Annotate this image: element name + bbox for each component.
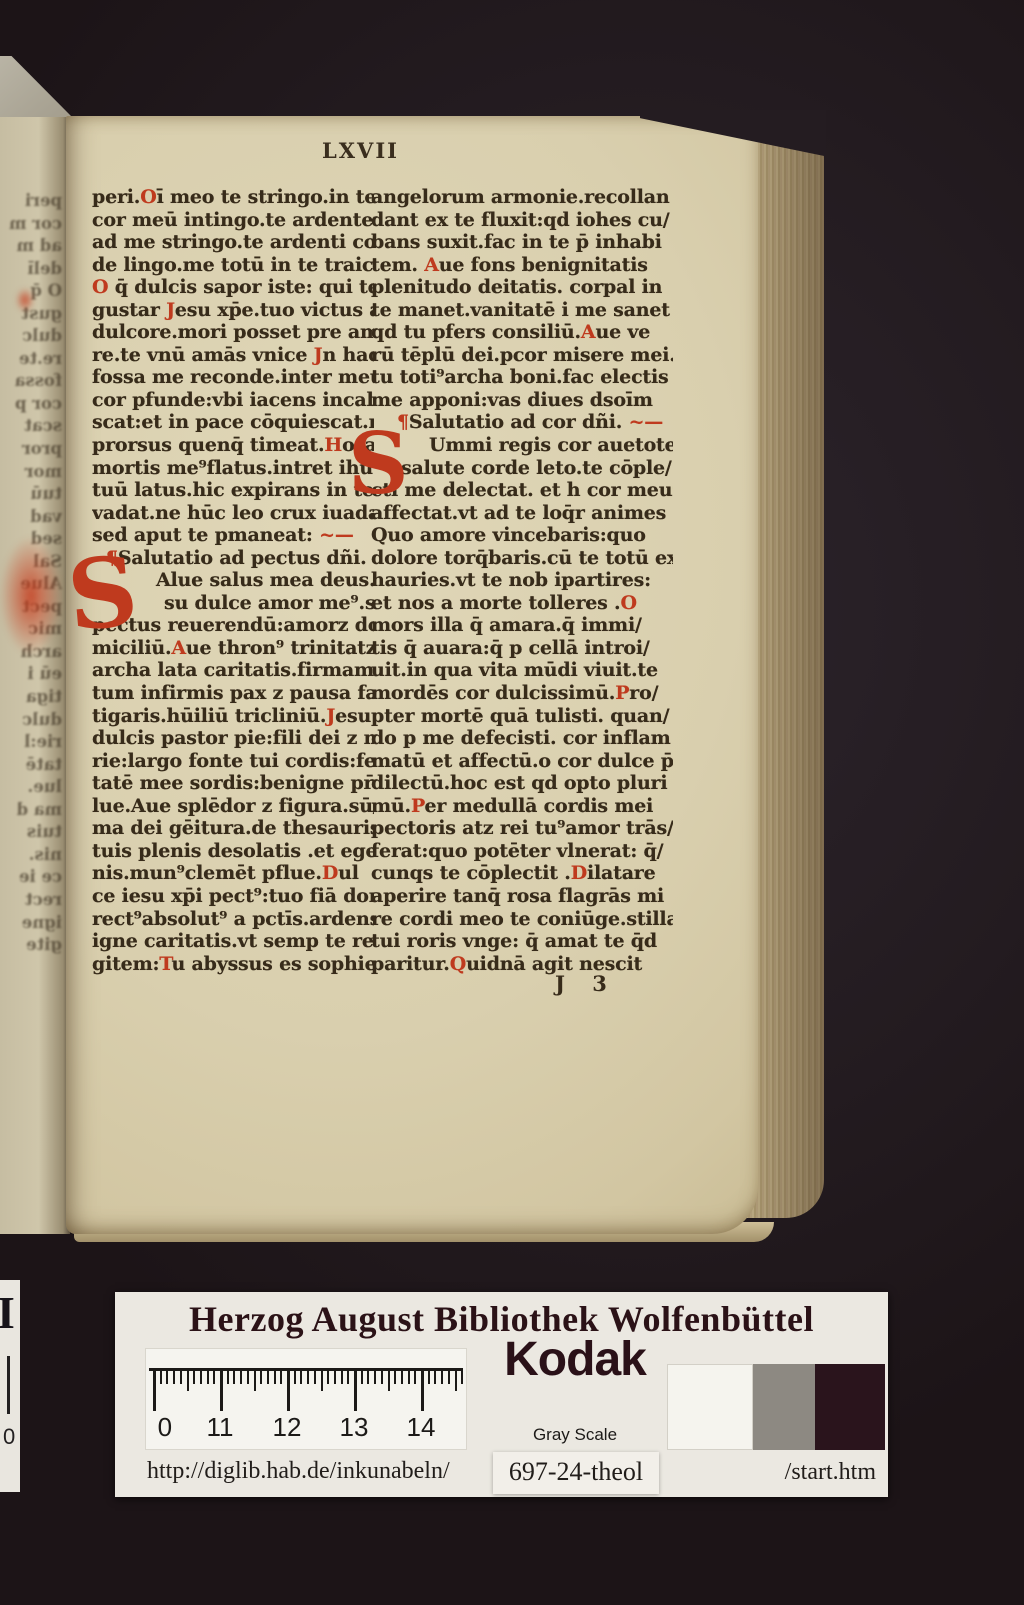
facing-page-rubric-mark: [16, 288, 34, 312]
text-line: uit.in qua vita mūdi viuit.te: [371, 659, 673, 682]
grayscale-caption: Gray Scale: [495, 1426, 655, 1443]
rubricated-letter: Q: [450, 953, 466, 975]
text-line: rie:largo fonte tui cordis:fedi: [92, 750, 374, 773]
text-line: paritur.Quidnā agit nescit: [371, 953, 673, 976]
text-line: mors illa q̄ amara.q̄ immi/: [371, 614, 673, 637]
ruler-tick: [434, 1371, 436, 1384]
text-line: lue.Aue splēdor z figura.sū/: [92, 795, 374, 818]
text-line: rect⁹absolut⁹ a pctīs.ardens: [92, 908, 374, 931]
text-line: sed aput te pmaneat: ~—: [92, 524, 374, 547]
text-line: tuū latus.hic expirans in te: [92, 479, 374, 502]
text-line: ferat:quo potēter vlnerat: q̄/: [371, 840, 673, 863]
text-line: matū et affectū.o cor dulce p̄: [371, 750, 673, 773]
ruler-tick: [414, 1371, 416, 1384]
text-line: gustar Jesu xp̄e.tuo victus a: [92, 299, 374, 322]
digitized-book-photo: pericor mad mdelīO q̄gustdulcre.tefossac…: [0, 0, 1024, 1605]
ghost-text-line: gite: [0, 934, 62, 957]
text-line: aperire tanq̄ rosa flagrās mi: [371, 885, 673, 908]
ruler-tick: [441, 1371, 443, 1384]
ruler-tick: [227, 1371, 229, 1384]
ghost-text-line: mor: [0, 461, 62, 484]
text-line: pter mortē quā tulisti. quan/: [371, 705, 673, 728]
grayscale-patch: [815, 1364, 885, 1450]
ruler-tick: [287, 1371, 290, 1411]
text-line: cor pfunde:vbi iacens incale: [92, 389, 374, 412]
url-base: http://diglib.hab.de/inkunabeln/: [147, 1458, 450, 1484]
ruler-number: 14: [407, 1414, 436, 1440]
ruler-tick: [267, 1371, 269, 1384]
film-clip-corner: [0, 56, 72, 117]
text-line: Ummi regis cor auetote: [371, 434, 673, 457]
ruler-tick: [408, 1371, 410, 1384]
ruler-tick: [160, 1371, 162, 1384]
text-line: igne caritatis.vt semp te reco: [92, 930, 374, 953]
ruler-tick: [461, 1371, 463, 1384]
ruler-number: 13: [340, 1414, 369, 1440]
ruler-tick: [374, 1371, 376, 1384]
url-page: /start.htm: [785, 1460, 876, 1484]
text-line: plenitudo deitatis. corpal in: [371, 276, 673, 299]
ruler-tick: [455, 1371, 457, 1391]
text-line: tem. Aue fons benignitatis: [371, 254, 673, 277]
ruler-tick: [448, 1371, 450, 1384]
ghost-text-line: fossa: [0, 370, 62, 393]
text-line: et nos a morte tolleres .O: [371, 592, 673, 615]
text-line: O q̄ dulcis sapor iste: qui te: [92, 276, 374, 299]
ghost-text-line: tatē: [0, 754, 62, 777]
ruler-card: 011121314: [145, 1348, 467, 1450]
folio-number: LXVII: [322, 140, 399, 161]
shelfmark-label: 697-24-theol: [493, 1452, 659, 1494]
ruler-tick: [347, 1371, 349, 1384]
rubricated-letter: J: [166, 299, 175, 321]
grayscale-patches: [667, 1364, 885, 1450]
ghost-text-line: peri: [0, 190, 62, 213]
ghost-text-line: re.te: [0, 348, 62, 371]
ruler-tick: [354, 1371, 357, 1411]
ghost-text-line: nis.: [0, 844, 62, 867]
ghost-text-line: delī: [0, 258, 62, 281]
ruler-tick: [394, 1371, 396, 1384]
ruler-tick: [300, 1371, 302, 1384]
ghost-text-line: lue.: [0, 776, 62, 799]
signature-mark: J 3: [555, 973, 607, 994]
ruler-tick: [307, 1371, 309, 1384]
ruler-tick: [233, 1371, 235, 1384]
fragment-number: 0: [3, 1426, 15, 1448]
text-line: fossa me reconde.inter meuz: [92, 366, 374, 389]
fragment-letter: I: [0, 1290, 20, 1336]
ruler-tick: [166, 1371, 168, 1384]
ruler-number: 12: [273, 1414, 302, 1440]
ruler-tick: [327, 1371, 329, 1384]
ghost-text-line: scat: [0, 415, 62, 438]
text-line: tatē mee sordis:benigne pr̄ di: [92, 772, 374, 795]
rubricated-letter: J: [326, 705, 335, 727]
ghost-text-line: tiga: [0, 686, 62, 709]
ruler-tick: [153, 1371, 156, 1411]
ghost-text-line: ad m: [0, 235, 62, 258]
library-title: Herzog August Bibliothek Wolfenbüttel: [115, 1299, 888, 1340]
text-line: cor meū intingo.te ardenter: [92, 209, 374, 232]
ruler-tick: [207, 1371, 209, 1384]
text-line: tum infirmis pax z pausa fa: [92, 682, 374, 705]
ruler-tick: [220, 1371, 223, 1411]
grayscale-patch: [667, 1364, 753, 1450]
fragment-ruler: [7, 1356, 10, 1414]
rubricated-letter: D: [571, 862, 587, 884]
ruler-tick: [381, 1371, 383, 1384]
text-line: nis.mun⁹clemēt pflue.Dul: [92, 862, 374, 885]
text-line: ce iesu xp̄i pect⁹:tuo fiā dono: [92, 885, 374, 908]
text-line: bans suxit.fac in te p̄ inhabi: [371, 231, 673, 254]
ghost-text-line: rie:l: [0, 731, 62, 754]
ruler-tick: [280, 1371, 282, 1384]
ruler-tick: [321, 1371, 323, 1391]
left-label-fragment: I 0: [0, 1280, 20, 1492]
ghost-text-line: tuū: [0, 483, 62, 506]
ghost-text-line: igne: [0, 912, 62, 935]
rubricated-letter: J: [314, 344, 323, 366]
text-line: ma dei gēitura.de thesauris: [92, 817, 374, 840]
ruler-tick: [388, 1371, 390, 1391]
ruler-tick: [187, 1371, 189, 1391]
ruler-tick: [421, 1371, 424, 1411]
rubricated-letter: D: [322, 862, 338, 884]
text-line: pectoris atz rei tu⁹amor trās/: [371, 817, 673, 840]
rubricated-letter: A: [581, 321, 596, 343]
ruler-tick: [401, 1371, 403, 1384]
text-line: peri.Oī meo te stringo.in te: [92, 186, 374, 209]
text-line: tu toti⁹archa boni.fac electis: [371, 366, 673, 389]
ruler-tick: [428, 1371, 430, 1384]
facing-page-rubric-initial: [0, 536, 62, 656]
rubricated-letter: O: [140, 186, 156, 208]
text-line: tis q̄ auara:q̄ p cellā introi/: [371, 637, 673, 660]
text-line: gitem:Tu abyssus es sophie: [92, 953, 374, 976]
text-line: prorsus quenq̄ timeat.Hora: [92, 434, 374, 457]
ruler-tick: [240, 1371, 242, 1384]
grayscale-patch: [753, 1364, 815, 1450]
text-line: cunqs te cōplectit .Dilatare: [371, 862, 673, 885]
ghost-text-line: eū i: [0, 663, 62, 686]
text-line: qd tu pfers consiliū.Aue ve: [371, 321, 673, 344]
ruler-numbers: 011121314: [153, 1414, 463, 1444]
text-line: Quo amore vincebaris:quo: [371, 524, 673, 547]
ruler-tick: [180, 1371, 182, 1384]
text-line: vadat.ne hūc leo crux iuadat: [92, 502, 374, 525]
rubricated-letter: ~—: [319, 524, 354, 546]
rubricated-letter: ~—: [629, 411, 664, 433]
text-line: dolore torq̄baris.cū te totū ex/: [371, 547, 673, 570]
text-line: cti me delectat. et h cor meuz: [371, 479, 673, 502]
ghost-text-line: cor p: [0, 393, 62, 416]
rubric-initial-left: S: [64, 543, 141, 645]
ghost-text-line: tuis: [0, 821, 62, 844]
ruler-tick: [294, 1371, 296, 1384]
ruler-tick: [334, 1371, 336, 1384]
text-line: angelorum armonie.recollan: [371, 186, 673, 209]
ruler-number: 11: [207, 1414, 234, 1440]
ghost-text-line: pror: [0, 438, 62, 461]
ruler-tick: [260, 1371, 262, 1384]
text-line: te manet.vanitatē i me sanet: [371, 299, 673, 322]
text-line: mū.Per medullā cordis mei: [371, 795, 673, 818]
ghost-text-line: ma d: [0, 799, 62, 822]
text-line: dulcis pastor pie:fili dei z ma: [92, 727, 374, 750]
ruler-tick: [361, 1371, 363, 1384]
text-line: mordēs cor dulcissimū.Pro/: [371, 682, 673, 705]
ruler-number: 0: [158, 1414, 172, 1440]
text-line: dulcore.mori posset pre amo/: [92, 321, 374, 344]
text-line: scat:et in pace cōquiescat.nec: [92, 411, 374, 434]
facing-page-edge: pericor mad mdelīO q̄gustdulcre.tefossac…: [0, 116, 70, 1234]
ruler-tick: [367, 1371, 369, 1384]
rubricated-letter: T: [159, 953, 171, 975]
kodak-wordmark: Kodak: [475, 1336, 675, 1384]
ghost-text-line: cor m: [0, 213, 62, 236]
text-line: me apponi:vas diues dsoīm: [371, 389, 673, 412]
ruler-tick: [247, 1371, 249, 1384]
ghost-text-line: vad: [0, 506, 62, 529]
rubricated-letter: A: [171, 637, 186, 659]
text-line: dilectū.hoc est qd opto pluri: [371, 772, 673, 795]
text-line: dant ex te fluxit:qd iohes cu/: [371, 209, 673, 232]
rubricated-letter: P: [615, 682, 629, 704]
ruler-tick: [193, 1371, 195, 1384]
text-line: de lingo.me totū in te traice:: [92, 254, 374, 277]
ruler-tick: [173, 1371, 175, 1384]
text-line: ¶Salutatio ad cor dñi. ~—: [371, 411, 673, 434]
ruler-tick: [314, 1371, 316, 1384]
book-page: LXVII peri.Oī meo te stringo.in tecor me…: [66, 116, 758, 1234]
ghost-text-line: rect: [0, 889, 62, 912]
rubricated-letter: P: [411, 795, 425, 817]
ghost-text-line: ce ie: [0, 866, 62, 889]
ruler-tick: [254, 1371, 256, 1391]
text-line: re.te vnū amās vnice Jn hac: [92, 344, 374, 367]
rubricated-letter: H: [324, 434, 342, 456]
text-line: rū tēplū dei.pcor misere mei.: [371, 344, 673, 367]
text-line: re cordi meo te coniūge.stilla: [371, 908, 673, 931]
ruler-tick: [341, 1371, 343, 1384]
text-line: affectat.vt ad te loq̄r animes: [371, 502, 673, 525]
text-line: tui roris vnge: q̄ amat te q̄d: [371, 930, 673, 953]
text-line: archa lata caritatis.firmamē: [92, 659, 374, 682]
rubric-initial-right: S: [348, 422, 409, 506]
text-line: ad me stringo.te ardenti cor/: [92, 231, 374, 254]
text-line: hauries.vt te nob ipartires:: [371, 569, 673, 592]
text-line: do p me defecisti. cor inflam: [371, 727, 673, 750]
text-column-right: angelorum armonie.recollandant ex te flu…: [371, 186, 673, 975]
text-line: salute corde leto.te cōple/: [371, 457, 673, 480]
ruler-tick: [213, 1371, 215, 1384]
text-line: tigaris.hūiliū tricliniū.Jesu: [92, 705, 374, 728]
rubricated-letter: O: [92, 276, 108, 298]
text-line: tuis plenis desolatis .et ege/: [92, 840, 374, 863]
ghost-text-line: dulc: [0, 325, 62, 348]
rubricated-letter: O: [620, 592, 636, 614]
text-line: mortis me⁹flatus.intret ihu: [92, 457, 374, 480]
ruler-tick: [200, 1371, 202, 1384]
ghost-text-line: dulc: [0, 709, 62, 732]
ruler-tick: [274, 1371, 276, 1384]
library-label-strip: Herzog August Bibliothek Wolfenbüttel 01…: [115, 1292, 888, 1497]
rubricated-letter: A: [424, 254, 439, 276]
